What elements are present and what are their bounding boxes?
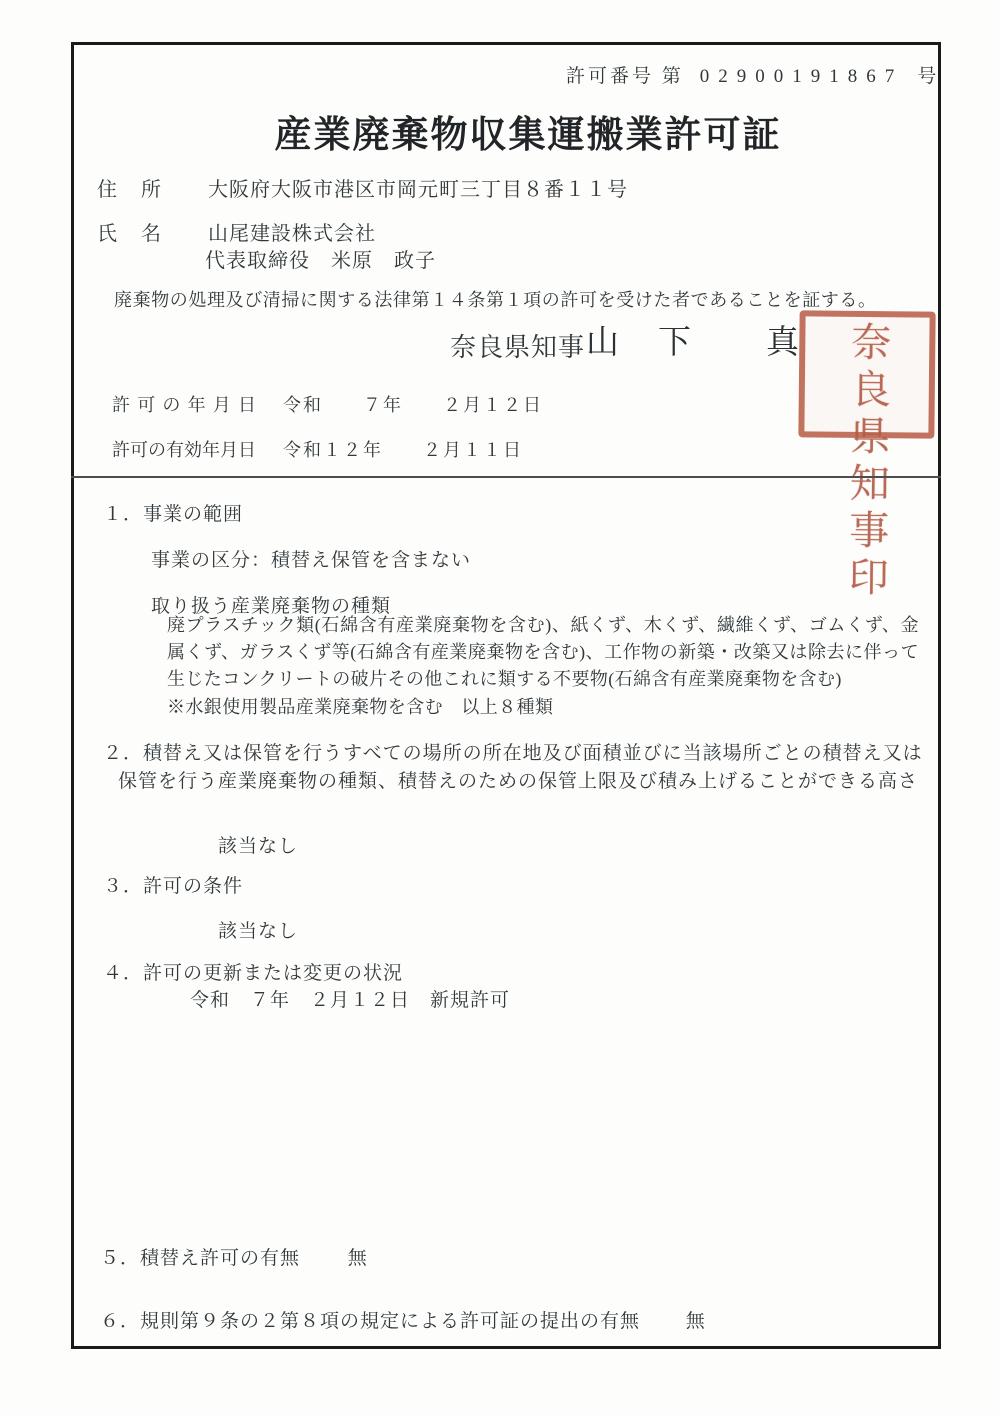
permit-date-row: 許可の年月日 令和 ７年 ２月１２日	[112, 391, 256, 417]
address-row: 住 所 大阪府大阪市港区市岡元町三丁目８番１１号	[97, 173, 628, 202]
section1-business-category: 事業の区分：積替え保管を含まない	[151, 545, 471, 572]
section6-value: 無	[686, 1311, 706, 1332]
address-value: 大阪府大阪市港区市岡元町三丁目８番１１号	[208, 179, 628, 201]
valid-date-value: 令和１２年 ２月１１日	[283, 436, 523, 462]
section3-heading: ３．許可の条件	[103, 871, 243, 898]
section3-value: 該当なし	[218, 916, 298, 943]
section6-row: ６．規則第９条の２第８項の規定による許可証の提出の有無 無	[100, 1306, 706, 1333]
section4-heading: ４．許可の更新または変更の状況	[103, 958, 403, 985]
name-row: 氏 名 山尾建設株式会社	[97, 217, 376, 246]
document-title: 産業廃棄物収集運搬業許可証	[273, 104, 783, 158]
permit-number-line: 許可番号 第 02900191867 号	[566, 61, 936, 88]
company-name-value: 山尾建設株式会社	[208, 223, 376, 245]
seal-text: 奈良県知事印	[846, 321, 888, 428]
section1-waste-types-body: 廃プラスチック類(石綿含有産業廃棄物を含む)、紙くず、木くず、繊維くず、ゴムくず…	[167, 612, 919, 693]
permit-number-suffix: 号	[917, 61, 936, 88]
section-divider-line	[71, 476, 941, 478]
permit-number-value: 02900191867	[700, 66, 904, 88]
section4-value: 令和 ７年 ２月１２日 新規許可	[190, 985, 510, 1012]
issuer-name: 山 下 真	[586, 316, 802, 363]
governor-seal-stamp: 奈良県知事印	[798, 310, 935, 438]
address-label: 住 所	[97, 173, 183, 202]
section5-value: 無	[348, 1248, 368, 1269]
name-label: 氏 名	[97, 217, 183, 246]
section2-value: 該当なし	[218, 831, 298, 858]
section1-mercury-note: ※水銀使用製品産業廃棄物を含む 以上８種類	[167, 693, 553, 719]
certification-statement: 廃棄物の処理及び清掃に関する法律第１４条第１項の許可を受けた者であることを証する…	[114, 286, 877, 312]
issuer-title: 奈良県知事	[450, 327, 585, 364]
section2-heading: ２．積替え又は保管を行うすべての場所の所在地及び面積並びに当該場所ごとの積替え又…	[103, 740, 941, 796]
valid-date-label: 許可の有効年月日	[112, 436, 256, 462]
permit-date-label: 許可の年月日	[112, 391, 256, 417]
valid-date-row: 許可の有効年月日 令和１２年 ２月１１日	[112, 436, 256, 462]
section6-heading: ６．規則第９条の２第８項の規定による許可証の提出の有無	[100, 1311, 640, 1332]
section5-heading: ５．積替え許可の有無	[100, 1248, 300, 1269]
permit-date-value: 令和 ７年 ２月１２日	[283, 391, 543, 417]
permit-number-prefix: 許可番号 第	[566, 61, 684, 88]
representative-line: 代表取締役 米原 政子	[205, 244, 436, 273]
section1-heading: １．事業の範囲	[103, 499, 243, 526]
section5-row: ５．積替え許可の有無 無	[100, 1243, 368, 1270]
